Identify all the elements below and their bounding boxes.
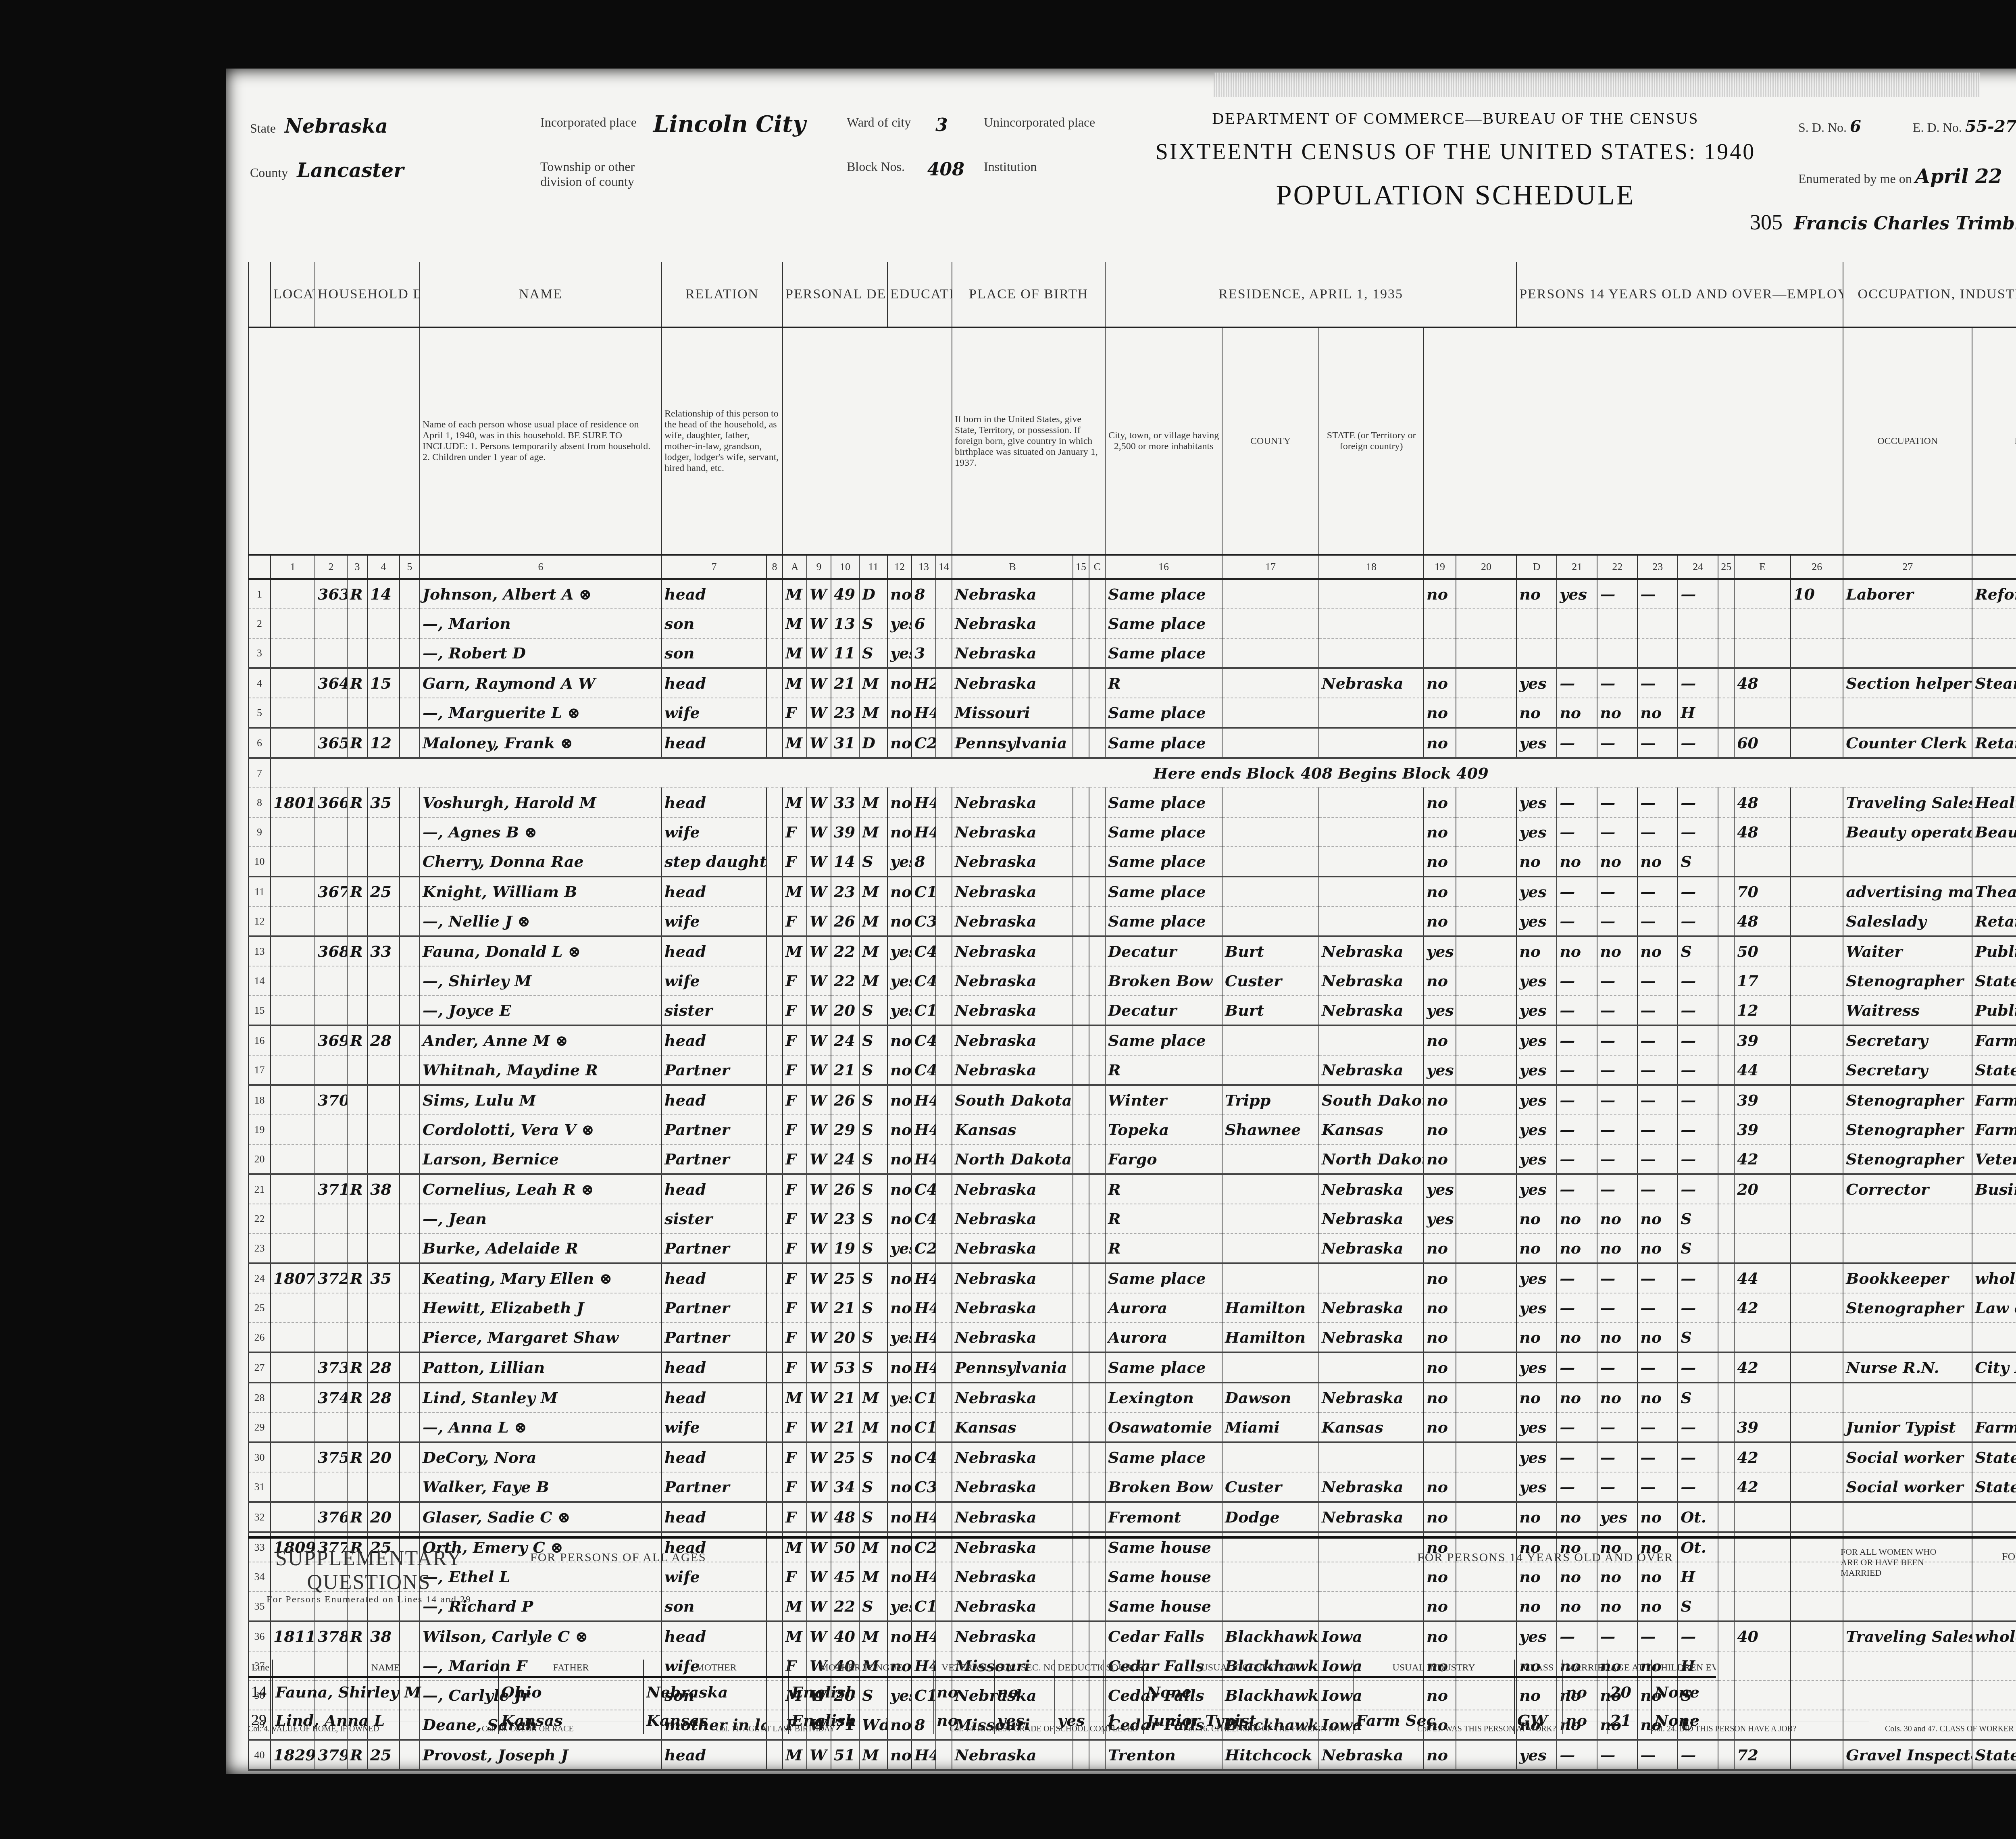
cell-industry: Veterans Adm <box>1972 1144 2016 1174</box>
cell-farm: no <box>1424 1115 1456 1144</box>
cell-c21: no <box>1516 1233 1557 1263</box>
supp-cell-deduct <box>1055 1677 1103 1706</box>
cell-weeks-unemp <box>1791 1502 1843 1532</box>
cell-marital: S <box>859 1322 887 1352</box>
cell-industry: Steam Railway <box>1972 668 2016 698</box>
cell-value <box>367 1293 400 1322</box>
cell-blank <box>1718 1472 1734 1502</box>
cell-value: 20 <box>367 1502 400 1532</box>
cell-grade: H4 <box>912 1293 936 1322</box>
cell-race: W <box>807 877 831 906</box>
block-value: 408 <box>927 159 964 180</box>
cell-marital: S <box>859 1352 887 1383</box>
cell-blank <box>1718 877 1734 906</box>
cell-blank <box>1073 788 1089 817</box>
cell-c22: no <box>1557 1502 1597 1532</box>
sub-header-row: Name of each person whose usual place of… <box>248 327 2016 555</box>
cell-line: 1 <box>248 579 271 609</box>
cell-grade: C1 <box>912 1412 936 1442</box>
cell-sex: M <box>783 1383 807 1412</box>
cell-blank <box>1718 1293 1734 1322</box>
cell-weeks-unemp <box>1791 1204 1843 1233</box>
cell-blank <box>1456 1472 1516 1502</box>
cell-c23: — <box>1597 788 1637 817</box>
enumerator-name: Francis Charles Trimble <box>1794 213 2016 234</box>
cell-sex: M <box>783 668 807 698</box>
cell-res-city: R <box>1105 1174 1222 1204</box>
cell-blank <box>1456 1412 1516 1442</box>
cell-blank <box>1456 1144 1516 1174</box>
cell-farm: yes <box>1424 1204 1456 1233</box>
cell-visit: 1807 <box>271 1263 315 1293</box>
cell-dwelling: 368 <box>315 936 347 966</box>
cell-occupation: Saleslady <box>1843 906 1972 936</box>
supplementary-title-text: SUPPLEMENTARY QUESTIONS <box>256 1547 482 1594</box>
cell-occupation <box>1843 1383 1972 1412</box>
cell-c25: — <box>1678 1472 1718 1502</box>
cell-race: W <box>807 1502 831 1532</box>
cell-marital: M <box>859 877 887 906</box>
cell-grade: 3 <box>912 638 936 668</box>
cell-res-city: Aurora <box>1105 1293 1222 1322</box>
cell-school: no <box>887 1085 912 1115</box>
cell-dwelling: 365 <box>315 728 347 758</box>
cell-blank <box>1089 847 1105 877</box>
cell-c21: yes <box>1516 817 1557 847</box>
cell-tenure: R <box>347 1174 367 1204</box>
cell-blank <box>400 1055 420 1085</box>
cell-value <box>367 1144 400 1174</box>
cell-value <box>367 1472 400 1502</box>
sheet-metadata-left: State Nebraska Incorporated place Lincol… <box>250 115 1137 204</box>
cell-industry: Public Cafe <box>1972 996 2016 1025</box>
cell-birthplace: Nebraska <box>952 1055 1073 1085</box>
cell-res-county <box>1222 1442 1319 1472</box>
cell-res-county <box>1222 1233 1319 1263</box>
cell-visit <box>271 1383 315 1412</box>
cell-res-city: Winter <box>1105 1085 1222 1115</box>
cell-grade: H4 <box>912 788 936 817</box>
cell-marital: S <box>859 1144 887 1174</box>
cell-blank <box>1089 1322 1105 1352</box>
cell-name: Hewitt, Elizabeth J <box>420 1293 662 1322</box>
cell-c25: — <box>1678 1025 1718 1055</box>
cell-visit <box>271 1352 315 1383</box>
cell-weeks-unemp <box>1791 788 1843 817</box>
cell-blank <box>1718 966 1734 996</box>
cell-blank <box>1456 609 1516 638</box>
cell-farm: yes <box>1424 1055 1456 1085</box>
cell-marital: M <box>859 1412 887 1442</box>
cell-line: 3 <box>248 638 271 668</box>
cell-tenure <box>347 996 367 1025</box>
cell-weeks-unemp <box>1791 1055 1843 1085</box>
column-number: 14 <box>936 555 952 579</box>
cell-relation: Partner <box>662 1293 766 1322</box>
cell-blank <box>400 1115 420 1144</box>
cell-c24: no <box>1637 1204 1678 1233</box>
cell-res-county <box>1222 788 1319 817</box>
group-education: EDUCATION <box>887 262 952 327</box>
cell-res-city: R <box>1105 1055 1222 1085</box>
cell-c25: — <box>1678 788 1718 817</box>
cell-blank <box>766 1442 783 1472</box>
supp-cell-source <box>1103 1677 1143 1706</box>
cell-c25: — <box>1678 1442 1718 1472</box>
cell-race: W <box>807 1233 831 1263</box>
cell-school: no <box>887 1352 912 1383</box>
cell-name: Voshurgh, Harold M <box>420 788 662 817</box>
cell-industry <box>1972 698 2016 728</box>
cell-c21: yes <box>1516 906 1557 936</box>
cell-blank <box>936 877 952 906</box>
cell-c22: — <box>1557 1352 1597 1383</box>
cell-visit <box>271 1412 315 1442</box>
cell-hours: 42 <box>1734 1293 1791 1322</box>
cell-res-city: Same place <box>1105 1352 1222 1383</box>
cell-industry <box>1972 1502 2016 1532</box>
supplementary-header: SOC. SEC. NO. <box>994 1660 1055 1677</box>
cell-weeks-unemp <box>1791 1233 1843 1263</box>
column-number: 6 <box>420 555 662 579</box>
cell-age: 49 <box>831 579 859 609</box>
cell-blank <box>1073 638 1089 668</box>
cell-relation: head <box>662 1383 766 1412</box>
cell-blank <box>1456 668 1516 698</box>
cell-age: 21 <box>831 1293 859 1322</box>
cell-sex: F <box>783 1442 807 1472</box>
cell-blank <box>1073 1263 1089 1293</box>
cell-blank <box>936 996 952 1025</box>
cell-blank <box>1073 1472 1089 1502</box>
table-row: 13368R33Fauna, Donald L ⊗headMW22MyesC4N… <box>248 936 2016 966</box>
cell-industry <box>1972 1204 2016 1233</box>
cell-c22: — <box>1557 1025 1597 1055</box>
cell-blank <box>400 1383 420 1412</box>
footnote: Col. 11. AGE AT LAST BIRTHDAY <box>716 1722 933 1766</box>
cell-blank <box>400 1085 420 1115</box>
cell-blank <box>1073 579 1089 609</box>
cell-blank <box>1073 1383 1089 1412</box>
cell-blank <box>766 966 783 996</box>
ward-value: 3 <box>935 115 948 135</box>
cell-blank <box>1456 1233 1516 1263</box>
cell-c25: — <box>1678 817 1718 847</box>
cell-marital: M <box>859 936 887 966</box>
cell-c24: — <box>1637 1263 1678 1293</box>
cell-tenure: R <box>347 1442 367 1472</box>
cell-marital: D <box>859 728 887 758</box>
cell-visit <box>271 1055 315 1085</box>
cell-res-city: Same place <box>1105 579 1222 609</box>
cell-race: W <box>807 1442 831 1472</box>
cell-race: W <box>807 1115 831 1144</box>
cell-dwelling: 364 <box>315 668 347 698</box>
cell-res-state: Nebraska <box>1319 1055 1424 1085</box>
cell-industry: Reformatory Project <box>1972 579 2016 609</box>
cell-school: no <box>887 1055 912 1085</box>
cell-value: 35 <box>367 1263 400 1293</box>
cell-c25: — <box>1678 1412 1718 1442</box>
cell-blank <box>400 579 420 609</box>
cell-blank <box>400 788 420 817</box>
cell-res-county <box>1222 1144 1319 1174</box>
cell-blank <box>1089 638 1105 668</box>
cell-tenure <box>347 609 367 638</box>
cell-c23: no <box>1597 1322 1637 1352</box>
column-number: 13 <box>912 555 936 579</box>
cell-race: W <box>807 1472 831 1502</box>
cell-marital: S <box>859 1293 887 1322</box>
cell-blank <box>766 668 783 698</box>
cell-dwelling <box>315 1412 347 1442</box>
cell-line: 20 <box>248 1144 271 1174</box>
supp-cell-mother: Nebraska <box>644 1677 789 1706</box>
cell-industry: State Agriculture <box>1972 1055 2016 1085</box>
cell-race: W <box>807 638 831 668</box>
cell-blank <box>1089 1174 1105 1204</box>
supplementary-header: DEDUCTIONS <box>1055 1660 1103 1677</box>
cell-c24: — <box>1637 1025 1678 1055</box>
column-number: 10 <box>831 555 859 579</box>
table-row: 18370Sims, Lulu MheadFW26SnoH4South Dako… <box>248 1085 2016 1115</box>
cell-industry <box>1972 1233 2016 1263</box>
supp-cell-children: None <box>1652 1677 1716 1706</box>
cell-c21: yes <box>1516 966 1557 996</box>
census-sheet: State Nebraska Incorporated place Lincol… <box>226 69 2016 1774</box>
cell-c22: — <box>1557 817 1597 847</box>
cell-blank <box>1073 609 1089 638</box>
cell-dwelling: 369 <box>315 1025 347 1055</box>
cell-blank <box>400 1263 420 1293</box>
cell-occupation: Waiter <box>1843 936 1972 966</box>
cell-hours: 42 <box>1734 1442 1791 1472</box>
cell-blank <box>936 1502 952 1532</box>
cell-marital: S <box>859 1472 887 1502</box>
cell-occupation: Waitress <box>1843 996 1972 1025</box>
cell-blank <box>936 1174 952 1204</box>
cell-c22: — <box>1557 1442 1597 1472</box>
cell-hours: 42 <box>1734 1472 1791 1502</box>
cell-name: Sims, Lulu M <box>420 1085 662 1115</box>
cell-line: 17 <box>248 1055 271 1085</box>
cell-name: Walker, Faye B <box>420 1472 662 1502</box>
table-row: 19Cordolotti, Vera V ⊗PartnerFW29SnoH4Ka… <box>248 1115 2016 1144</box>
cell-farm: no <box>1424 1144 1456 1174</box>
cell-blank <box>1089 1472 1105 1502</box>
table-row: 28374R28Lind, Stanley MheadMW21MyesC1Neb… <box>248 1383 2016 1412</box>
cell-c22: — <box>1557 906 1597 936</box>
supplementary-row: 14Fauna, Shirley MOhioNebraskaEnglishnon… <box>248 1677 2016 1706</box>
cell-weeks-unemp <box>1791 936 1843 966</box>
cell-hours <box>1734 609 1791 638</box>
cell-farm: yes <box>1424 936 1456 966</box>
cell-hours <box>1734 638 1791 668</box>
cell-age: 53 <box>831 1352 859 1383</box>
column-number: 17 <box>1222 555 1319 579</box>
cell-res-state: Nebraska <box>1319 996 1424 1025</box>
cell-c22: — <box>1557 1293 1597 1322</box>
cell-line: 13 <box>248 936 271 966</box>
cell-visit <box>271 1442 315 1472</box>
cell-grade: H4 <box>912 1352 936 1383</box>
cell-race: W <box>807 1085 831 1115</box>
cell-tenure: R <box>347 728 367 758</box>
cell-relation: head <box>662 668 766 698</box>
cell-c23: — <box>1597 1472 1637 1502</box>
cell-farm: no <box>1424 1233 1456 1263</box>
cell-blank <box>1073 1502 1089 1532</box>
cell-school: no <box>887 1472 912 1502</box>
cell-visit <box>271 847 315 877</box>
cell-hours <box>1734 579 1791 609</box>
cell-farm: no <box>1424 1502 1456 1532</box>
cell-age: 26 <box>831 1085 859 1115</box>
county-value: Lancaster <box>297 159 404 182</box>
cell-birthplace: Nebraska <box>952 936 1073 966</box>
cell-school: yes <box>887 638 912 668</box>
cell-relation: step daughter <box>662 847 766 877</box>
cell-res-state: Nebraska <box>1319 1502 1424 1532</box>
cell-c22: — <box>1557 1055 1597 1085</box>
footnote: Col. 21. WAS THIS PERSON AT WORK? <box>1417 1722 1635 1766</box>
cell-marital: S <box>859 1085 887 1115</box>
footnote: Col. 24. DID THIS PERSON HAVE A JOB? <box>1651 1722 1869 1766</box>
cell-occupation: Laborer <box>1843 579 1972 609</box>
cell-blank <box>1456 1293 1516 1322</box>
cell-age: 21 <box>831 1412 859 1442</box>
cell-res-city: Broken Bow <box>1105 966 1222 996</box>
cell-school: yes <box>887 1233 912 1263</box>
cell-farm: no <box>1424 668 1456 698</box>
cell-value <box>367 996 400 1025</box>
cell-blank <box>400 1502 420 1532</box>
cell-weeks-unemp <box>1791 668 1843 698</box>
cell-marital: S <box>859 638 887 668</box>
cell-blank <box>1073 817 1089 847</box>
supplementary-header: MOTHER <box>644 1660 789 1677</box>
cell-race: W <box>807 817 831 847</box>
cell-res-state: Nebraska <box>1319 1383 1424 1412</box>
cell-blank <box>1073 966 1089 996</box>
cell-name: Maloney, Frank ⊗ <box>420 728 662 758</box>
supp-cell-veteran: no <box>934 1677 994 1706</box>
cell-c24: — <box>1637 788 1678 817</box>
cell-visit: 1801 <box>271 788 315 817</box>
cell-blank <box>1456 1115 1516 1144</box>
birth-instructions: If born in the United States, give State… <box>952 327 1105 555</box>
cell-c25: S <box>1678 1322 1718 1352</box>
cell-blank <box>936 1115 952 1144</box>
cell-blank <box>1073 877 1089 906</box>
cell-c24: — <box>1637 579 1678 609</box>
cell-sex: F <box>783 1085 807 1115</box>
cell-grade: C2 <box>912 728 936 758</box>
cell-name: —, Agnes B ⊗ <box>420 817 662 847</box>
cell-c24: — <box>1637 1293 1678 1322</box>
cell-blank <box>1456 1352 1516 1383</box>
cell-c25: S <box>1678 1204 1718 1233</box>
cell-occupation: Traveling Salesman <box>1843 788 1972 817</box>
cell-c24: — <box>1637 1115 1678 1144</box>
cell-blank <box>1073 906 1089 936</box>
cell-line: 8 <box>248 788 271 817</box>
cell-farm: no <box>1424 788 1456 817</box>
cell-blank <box>400 1472 420 1502</box>
supplementary-header: CHILDREN EVER BORN <box>1652 1660 1716 1677</box>
cell-blank <box>766 1293 783 1322</box>
cell-blank <box>766 788 783 817</box>
cell-grade: H4 <box>912 1322 936 1352</box>
cell-blank <box>1718 638 1734 668</box>
cell-blank <box>1718 1502 1734 1532</box>
cell-marital: S <box>859 1025 887 1055</box>
cell-blank <box>766 1233 783 1263</box>
column-number: 1 <box>271 555 315 579</box>
cell-farm: no <box>1424 1383 1456 1412</box>
column-number: 9 <box>807 555 831 579</box>
cell-c22: no <box>1557 1233 1597 1263</box>
name-instructions: Name of each person whose usual place of… <box>420 327 662 555</box>
cell-c24: — <box>1637 1144 1678 1174</box>
cell-line: 28 <box>248 1383 271 1412</box>
cell-occupation: Stenographer <box>1843 1115 1972 1144</box>
cell-relation: Partner <box>662 1233 766 1263</box>
supplementary-header: AGE AT FIRST MARRIAGE <box>1607 1660 1652 1677</box>
cell-res-state: Nebraska <box>1319 1322 1424 1352</box>
cell-c23: yes <box>1597 1502 1637 1532</box>
cell-visit <box>271 1025 315 1055</box>
cell-blank <box>1073 1442 1089 1472</box>
cell-industry: Farm Sec adm <box>1972 1085 2016 1115</box>
cell-age: 23 <box>831 1204 859 1233</box>
cell-c22: — <box>1557 1085 1597 1115</box>
column-number: 24 <box>1678 555 1718 579</box>
cell-c24: no <box>1637 1383 1678 1412</box>
cell-marital: M <box>859 1383 887 1412</box>
cell-tenure <box>347 817 367 847</box>
cell-relation: wife <box>662 966 766 996</box>
cell-industry <box>1972 609 2016 638</box>
cell-blank <box>1073 1115 1089 1144</box>
cell-name: —, Robert D <box>420 638 662 668</box>
section-all-ages: FOR PERSONS OF ALL AGES <box>530 1551 706 1564</box>
cell-blank <box>766 1085 783 1115</box>
cell-visit <box>271 1174 315 1204</box>
cell-value <box>367 1412 400 1442</box>
cell-line: 32 <box>248 1502 271 1532</box>
cell-value <box>367 906 400 936</box>
cell-blank <box>400 996 420 1025</box>
cell-farm <box>1424 1442 1456 1472</box>
cell-res-city: Same place <box>1105 1442 1222 1472</box>
cell-farm: no <box>1424 1352 1456 1383</box>
cell-industry <box>1972 847 2016 877</box>
cell-blank <box>1089 1144 1105 1174</box>
cell-sex: F <box>783 1174 807 1204</box>
table-row: 1363R14Johnson, Albert A ⊗headMW49Dno8Ne… <box>248 579 2016 609</box>
cell-line: 30 <box>248 1442 271 1472</box>
cell-res-city: Topeka <box>1105 1115 1222 1144</box>
cell-blank <box>766 1502 783 1532</box>
cell-name: Cherry, Donna Rae <box>420 847 662 877</box>
cell-res-state: Nebraska <box>1319 966 1424 996</box>
cell-farm: no <box>1424 1412 1456 1442</box>
cell-res-state <box>1319 728 1424 758</box>
cell-res-county <box>1222 728 1319 758</box>
cell-race: W <box>807 1293 831 1322</box>
cell-blank <box>400 1352 420 1383</box>
